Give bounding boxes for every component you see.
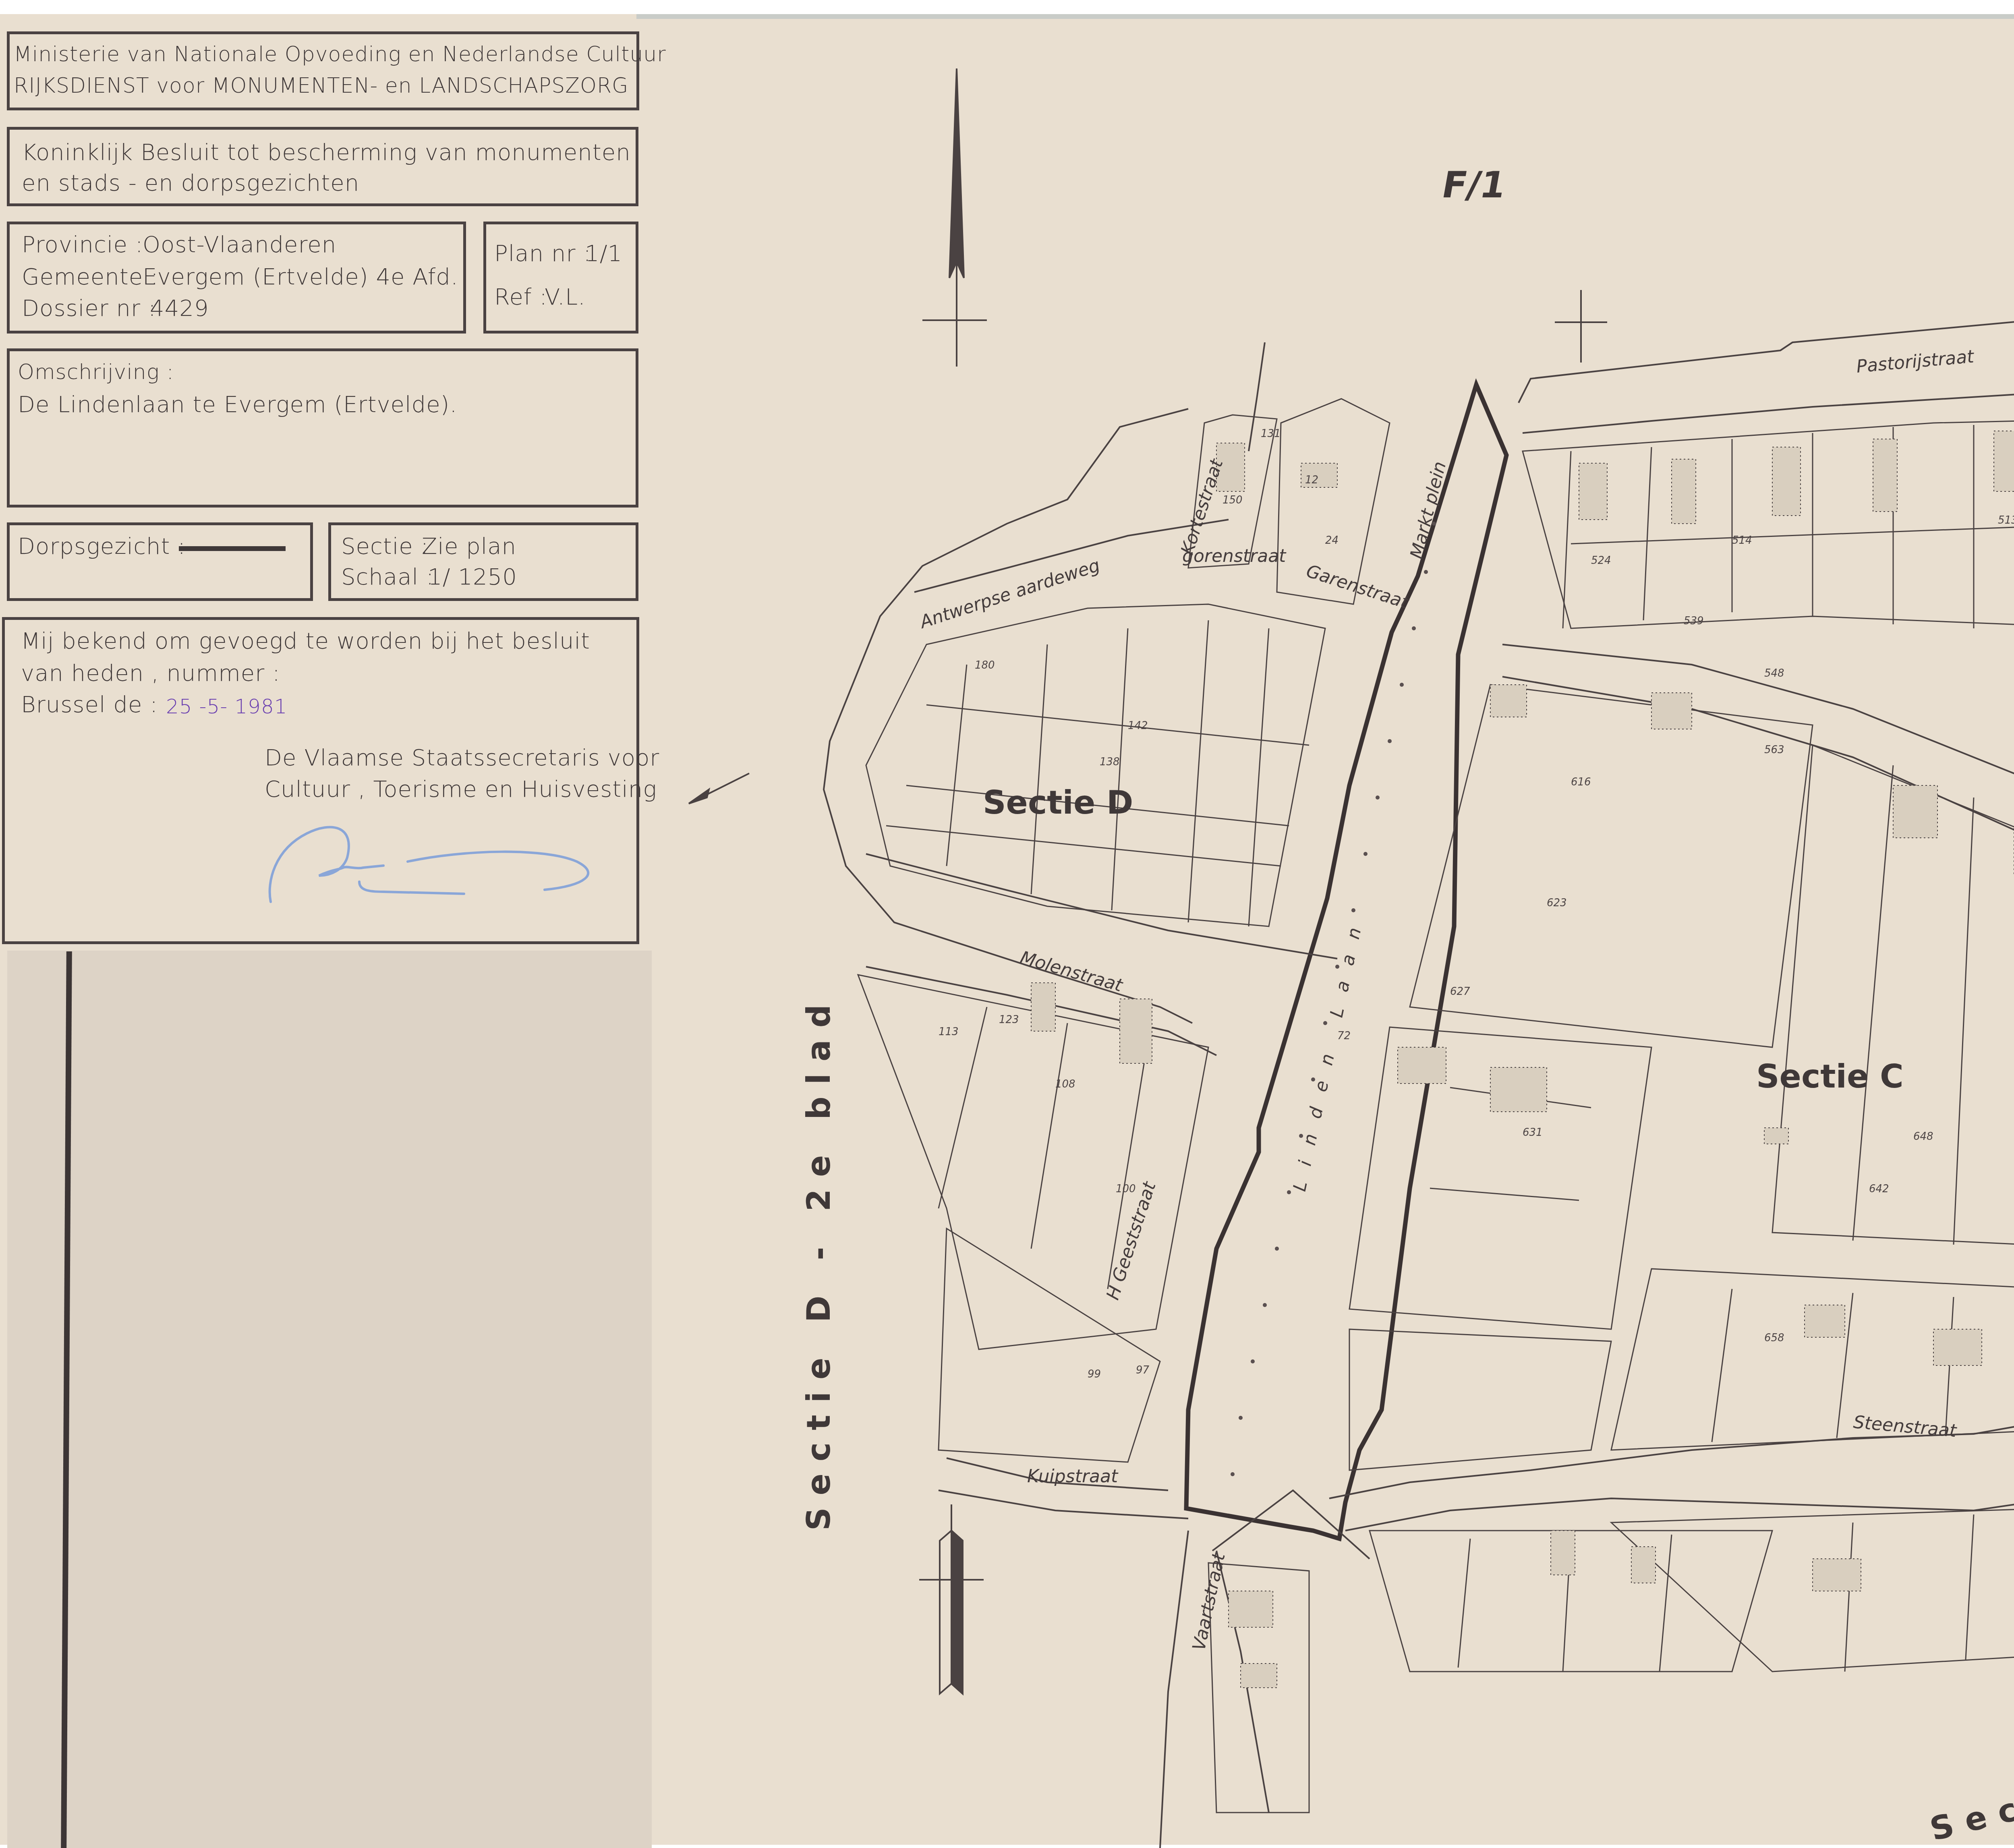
sheet-label: F/1 <box>1439 164 1509 206</box>
street-kortestraat: Kortestraat <box>1177 456 1227 557</box>
parcel-number: 24 <box>1325 535 1339 547</box>
parcel-number: 627 <box>1450 986 1470 998</box>
parcel-number: 123 <box>999 1014 1019 1026</box>
parcel-number: 99 <box>1088 1368 1101 1380</box>
parcel-number: 180 <box>975 659 995 671</box>
street-h-geeststraat: H Geeststraat <box>1102 1179 1160 1302</box>
parcel-number: 524 <box>1591 555 1611 567</box>
parcel-number: 539 <box>1684 615 1704 627</box>
grid-cross-icon <box>1555 290 1607 363</box>
parcel-number: 138 <box>1100 756 1120 768</box>
parcel-number: 623 <box>1547 897 1567 909</box>
parcel-number: 616 <box>1571 776 1591 788</box>
parcel-number: 631 <box>1523 1127 1543 1139</box>
south-arrow-icon <box>919 1504 984 1694</box>
parcel-number: 642 <box>1869 1183 1889 1195</box>
section-d-label: Sectie D <box>983 784 1133 821</box>
parcel-number: 150 <box>1222 494 1243 506</box>
section-bottom-label: Sectie <box>1926 1767 2014 1848</box>
street-pastorijstraat: Pastorijstraat <box>1856 346 1976 377</box>
cadastral-map: F/1 Sectie D Sectie C Sectie D - 2e blad… <box>0 0 2014 1848</box>
parcel-number: 513 <box>1998 514 2014 526</box>
street-gorenstraat: gorenstraat <box>1182 546 1287 566</box>
section-d-2e-blad-label: Sectie D - 2e blad <box>800 992 837 1531</box>
parcel-number: 12 <box>1305 474 1318 486</box>
parcel-number: 658 <box>1764 1332 1784 1344</box>
street-kuipstraat: Kuipstraat <box>1027 1466 1119 1487</box>
section-c-label: Sectie C <box>1756 1058 1904 1095</box>
parcel-number: 97 <box>1136 1364 1150 1376</box>
parcel-number: 142 <box>1128 720 1148 732</box>
parcel-number: 100 <box>1116 1183 1136 1195</box>
parcel-number: 113 <box>939 1026 959 1038</box>
parcel-number: 72 <box>1337 1030 1351 1042</box>
street-garenstraat: Garenstraat <box>1304 561 1412 613</box>
parcel-number: 514 <box>1732 535 1752 547</box>
street-vaartstraat: Vaartstraat <box>1189 1550 1229 1652</box>
west-arrow-icon <box>689 773 749 804</box>
north-arrow-icon <box>922 68 987 367</box>
parcel-number: 131 <box>1261 428 1281 440</box>
parcel-number: 108 <box>1055 1078 1075 1090</box>
parcel-number: 548 <box>1764 667 1784 680</box>
parcel-number: 563 <box>1764 744 1784 756</box>
street-marktplein: Markt plein <box>1406 460 1450 561</box>
parcel-number: 648 <box>1913 1131 1933 1143</box>
